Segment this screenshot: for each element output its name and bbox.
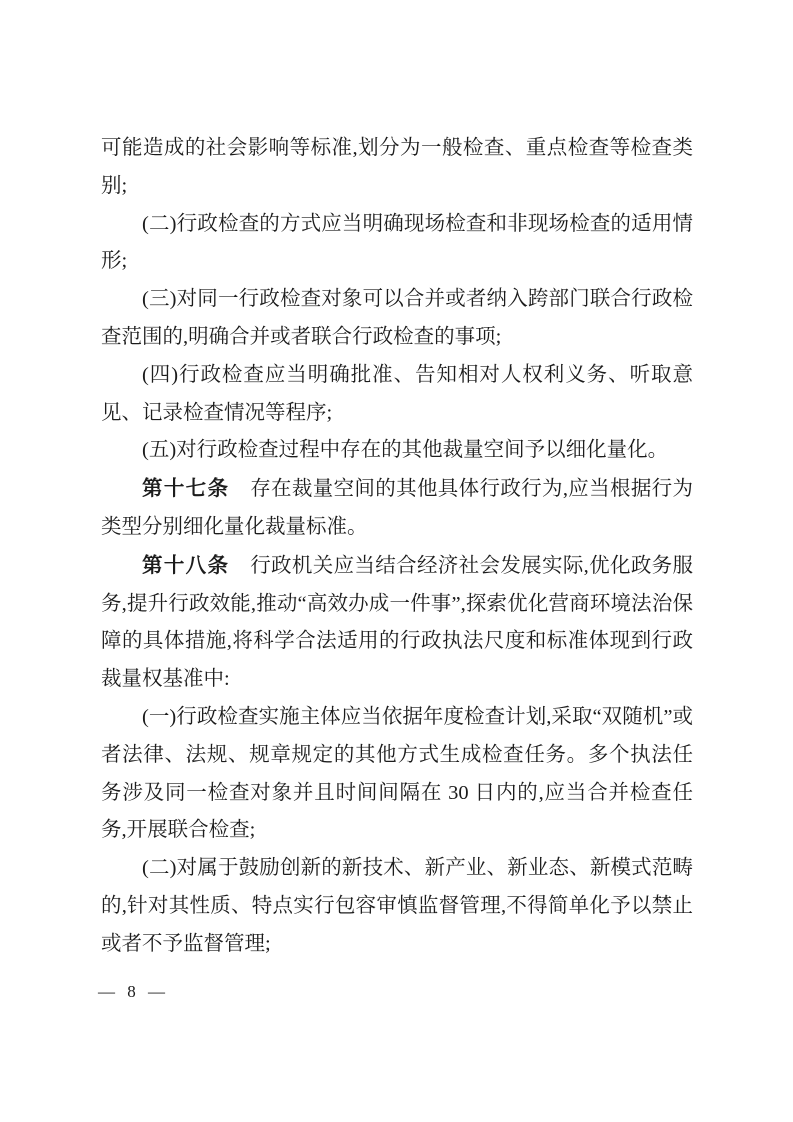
paragraph: (四)行政检查应当明确批准、告知相对人权利义务、听取意见、记录检查情况等程序;	[101, 357, 693, 433]
document-body: 可能造成的社会影响等标准,划分为一般检查、重点检查等检查类别;(二)行政检查的方…	[101, 130, 693, 964]
paragraph: 第十七条 存在裁量空间的其他具体行政行为,应当根据行为类型分别细化量化裁量标准。	[101, 470, 693, 547]
article-number: 第十七条	[142, 477, 229, 500]
page-footer: — 8 —	[98, 982, 169, 1002]
paragraph: (一)行政检查实施主体应当依据年度检查计划,采取“双随机”或者法律、法规、规章规…	[101, 699, 693, 850]
page-number: — 8 —	[98, 982, 169, 1001]
paragraph: 第十八条 行政机关应当结合经济社会发展实际,优化政务服务,提升行政效能,推动“高…	[101, 547, 693, 699]
article-number: 第十八条	[142, 554, 229, 577]
paragraph: 可能造成的社会影响等标准,划分为一般检查、重点检查等检查类别;	[101, 130, 693, 206]
paragraph: (二)对属于鼓励创新的新技术、新产业、新业态、新模式范畴的,针对其性质、特点实行…	[101, 850, 693, 963]
document-page: 可能造成的社会影响等标准,划分为一般检查、重点检查等检查类别;(二)行政检查的方…	[0, 0, 793, 1122]
paragraph: (二)行政检查的方式应当明确现场检查和非现场检查的适用情形;	[101, 206, 693, 282]
paragraph: (五)对行政检查过程中存在的其他裁量空间予以细化量化。	[101, 432, 693, 470]
paragraph: (三)对同一行政检查对象可以合并或者纳入跨部门联合行政检查范围的,明确合并或者联…	[101, 281, 693, 357]
